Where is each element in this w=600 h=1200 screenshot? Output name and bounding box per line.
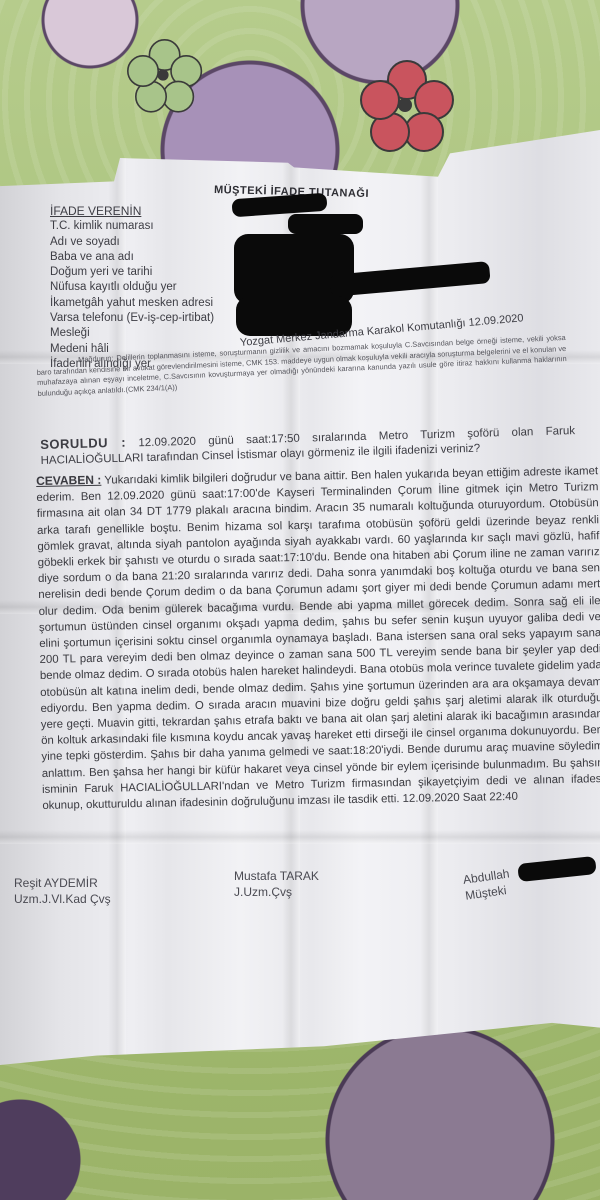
signature-complainant: Abdullah Müşteki <box>462 865 513 903</box>
form-field-meslek: Mesleği <box>50 326 214 341</box>
form-field-ikametgah: İkametgâh yahut mesken adresi <box>50 296 214 311</box>
redaction-mark <box>288 214 363 234</box>
flower-red-decoration <box>360 60 450 150</box>
signature-officer-1: Reşit AYDEMİR Uzm.J.Vl.Kad Çvş <box>14 875 111 907</box>
statement-form: İFADE VERENİN T.C. kimlik numarası Adı v… <box>50 204 214 372</box>
question-block: SORULDU : 12.09.2020 günü saat:17:50 sır… <box>40 422 576 469</box>
flower-green-decoration <box>127 39 199 111</box>
form-field-baba-ana: Baba ve ana adı <box>50 250 214 265</box>
answer-label: CEVABEN : <box>36 473 101 488</box>
redaction-mark <box>517 856 596 882</box>
form-field-telefon: Varsa telefonu (Ev-iş-cep-irtibat) <box>50 311 214 326</box>
form-header: İFADE VERENİN <box>50 204 214 219</box>
form-field-tc-kimlik: T.C. kimlik numarası <box>50 219 214 234</box>
signature-name: Mustafa TARAK <box>234 868 319 884</box>
form-field-nufus: Nüfusa kayıtlı olduğu yer <box>50 280 214 295</box>
form-field-adi-soyadi: Adı ve soyadı Abdullah <box>50 235 214 250</box>
answer-text: Yukarıdaki kimlik bilgileri doğrudur ve … <box>36 465 600 812</box>
form-field-dogum: Doğum yeri ve tarihi <box>50 265 214 280</box>
signature-officer-2: Mustafa TARAK J.Uzm.Çvş <box>234 868 319 900</box>
document-paper: MÜŞTEKİ İFADE TUTANAĞI İFADE VERENİN T.C… <box>0 130 600 1065</box>
answer-block: CEVABEN : Yukarıdaki kimlik bilgileri do… <box>36 462 600 814</box>
signature-title: J.Uzm.Çvş <box>234 884 319 900</box>
question-label: SORULDU : <box>40 435 126 452</box>
document-content: MÜŞTEKİ İFADE TUTANAĞI İFADE VERENİN T.C… <box>0 130 600 1065</box>
signature-name: Reşit AYDEMİR <box>14 875 111 891</box>
signature-title: Uzm.J.Vl.Kad Çvş <box>14 891 111 907</box>
